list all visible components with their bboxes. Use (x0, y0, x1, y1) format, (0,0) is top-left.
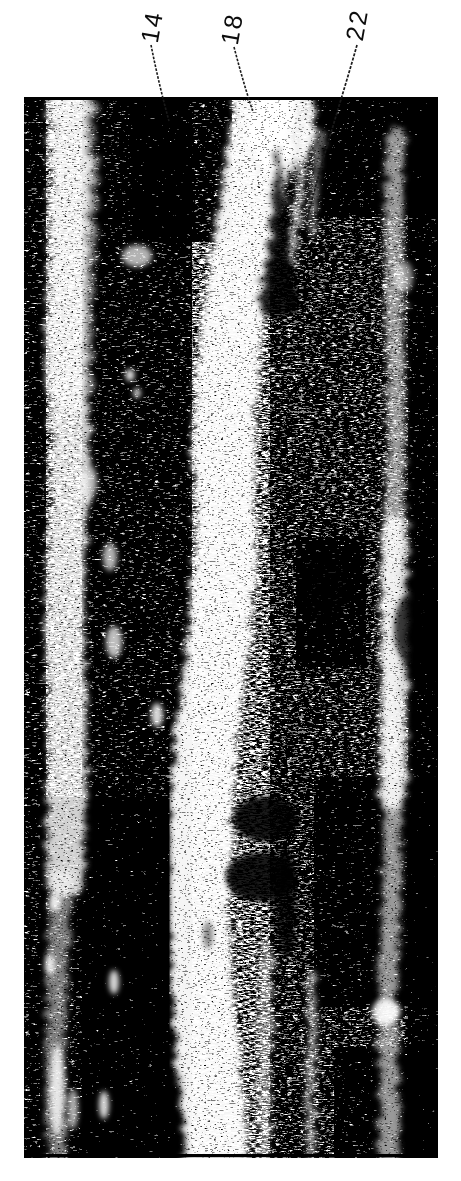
reference-numeral-22: 22 (341, 7, 375, 43)
photo-sparse-dots (24, 97, 438, 1158)
halftone-photograph (24, 97, 438, 1158)
reference-numeral-14: 14 (136, 9, 170, 45)
reference-numeral-18: 18 (216, 11, 250, 47)
patent-figure-page: 14 18 22 (0, 0, 461, 1181)
